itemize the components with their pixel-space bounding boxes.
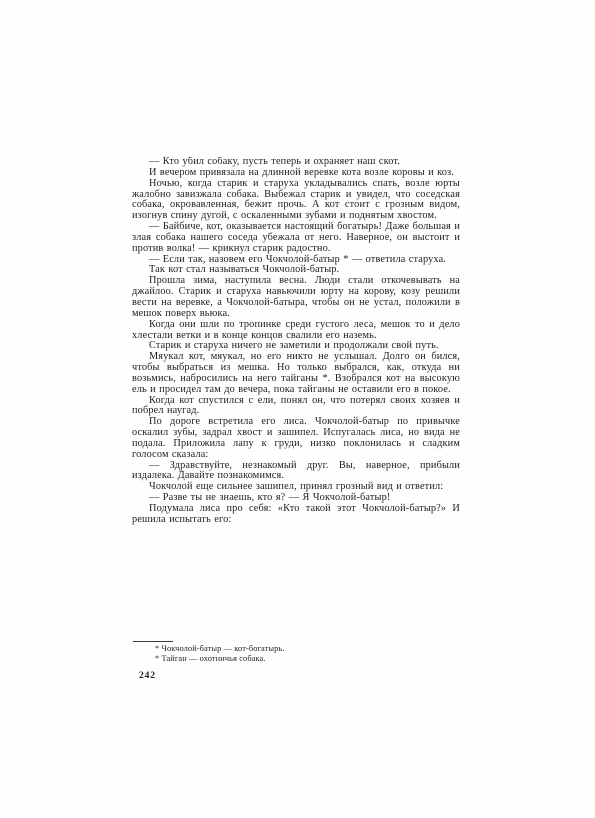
paragraph: Когда кот спустился с ели, понял он, что… — [132, 396, 460, 418]
paragraph: Ночью, когда старик и старуха укладывали… — [132, 179, 460, 222]
paragraph: — Здравствуйте, незнакомый друг. Вы, нав… — [132, 461, 460, 483]
paragraph: Подумала лиса про себя: «Кто такой этот … — [132, 504, 460, 526]
page-number: 242 — [139, 670, 156, 681]
footnote-separator — [133, 641, 173, 642]
paragraph: Мяукал кот, мяукал, но его никто не услы… — [132, 352, 460, 395]
paragraph: По дороге встретила его лиса. Чокчолой-б… — [132, 417, 460, 460]
footnotes-block: * Чокчолой-батыр — кот-богатырь. * Тайга… — [132, 641, 460, 665]
footnote: * Чокчолой-батыр — кот-богатырь. — [132, 644, 460, 654]
paragraph: Прошла зима, наступила весна. Люди стали… — [132, 276, 460, 319]
book-page: — Кто убил собаку, пусть теперь и охраня… — [0, 0, 595, 818]
main-text-block: — Кто убил собаку, пусть теперь и охраня… — [132, 157, 460, 639]
paragraph: — Байбиче, кот, оказывается настоящий бо… — [132, 222, 460, 255]
footnote: * Тайган — охотничья собака. — [132, 654, 460, 664]
paragraph: Когда они шли по тропинке среди густого … — [132, 320, 460, 342]
